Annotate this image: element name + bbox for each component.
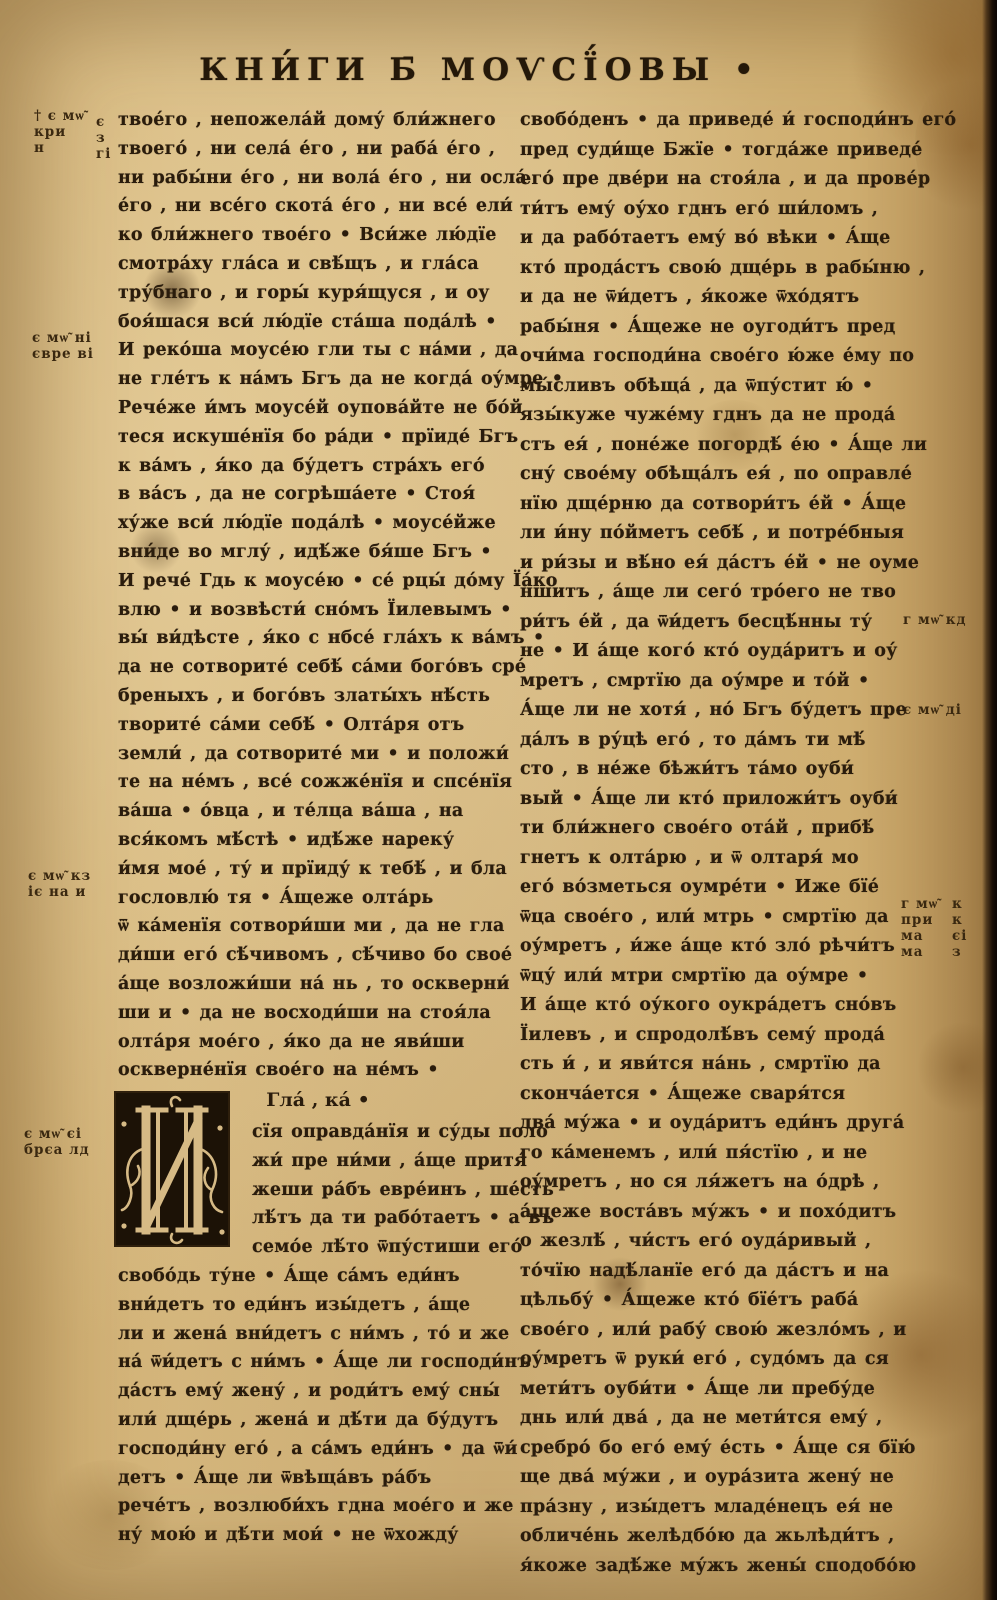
text-line: ѿ ка́менїя сотвори́ши ми , да не гла: [118, 912, 518, 941]
text-line: Рече́же и́мъ моусе́й оупова́йте не бо́й: [118, 394, 518, 423]
text-line: оу́мретъ , и́же а́ще кто́ зло́ рѣчи́тъ: [520, 932, 920, 962]
text-line: на́ ѿи́детъ с ни́мъ • А́ще ли господи́нъ: [118, 1348, 518, 1377]
text-line: к ва́мъ , я́ко да бу́детъ стра́хъ его́: [118, 452, 518, 481]
text-line: сть и́ , и яви́тся на́нь , смртїю да: [520, 1050, 920, 1080]
margin-note: є мѡ̃ єібрєа лд: [24, 1126, 90, 1158]
text-line: сто , в не́же бѣжи́тъ та́мо оуби́: [520, 755, 920, 785]
text-line: ще два́ му́жи , и оура́зита жену́ не: [520, 1463, 920, 1493]
text-line: вы́ ви́дѣсте , я́ко с нбсе́ гла́хъ к ва́…: [118, 624, 518, 653]
text-line: вся́комъ мѣ́стѣ • идѣ́же нареку́: [118, 826, 518, 855]
text-line: мы́сливъ обѣща́ , да ѿпу́стит ю́ •: [520, 372, 920, 402]
text-line: да́лъ в ру́цѣ его́ , то да́мъ ти мѣ́: [520, 726, 920, 756]
text-line: твоего́ , ни села́ е́го , ни раба́ е́го …: [118, 135, 518, 164]
text-line: И рече́ Гдь к моусе́ю • се́ рцы́ до́му Ї…: [118, 567, 518, 596]
text-line: мретъ , смртїю да оу́мре и то́й •: [520, 667, 920, 697]
text-line: го ка́менемъ , или́ пя́стїю , и не: [520, 1139, 920, 1169]
text-line: брєа лд: [24, 1142, 90, 1158]
text-line: его́ во́зметься оумре́ти • Иже бїе́: [520, 873, 920, 903]
left-column-chapter-start: сїя оправда́нїя и су́ды положи́ пре ни́м…: [118, 1118, 518, 1262]
text-line: а́щеже воста́въ му́жъ • и похо́дитъ: [520, 1198, 920, 1228]
page-title: КНИ́ГИ Б̄ МОѴСЇ́ОВЫ •: [0, 52, 960, 88]
text-line: да не сотворите́ себѣ́ са́ми бого́въ сре…: [118, 653, 518, 682]
text-line: ри́тъ е́й , да ѿи́детъ бесцѣ́нны ту́: [520, 608, 920, 638]
text-line: рабы́ня • А́щеже не оугоди́тъ пред: [520, 313, 920, 343]
text-line: ши и • да не восходи́ши на стоя́ла: [118, 999, 518, 1028]
text-line: днь или́ два́ , да не мети́тся ему́ ,: [520, 1404, 920, 1434]
left-text-column: твое́го , непожела́й дому́ бли́жнеготвое…: [118, 106, 518, 1085]
text-line: † є мѡ̃: [34, 108, 85, 124]
text-line: олта́ря мое́го , я́ко да не яви́ши: [118, 1028, 518, 1057]
text-line: мети́тъ оуби́ти • А́ще ли пребу́де: [520, 1375, 920, 1405]
text-line: ва́ша • о́вца , и те́лца ва́ша , на: [118, 797, 518, 826]
text-line: те на не́мъ , все́ сожже́нїя и спсе́нїя: [118, 768, 518, 797]
text-line: ти́тъ ему́ оу́хо гднъ его́ ши́ломъ ,: [520, 195, 920, 225]
text-line: земли́ , да сотворите́ ми • и положи́: [118, 740, 518, 769]
text-line: кто́ прода́стъ свою́ дще́рь в рабы́ню ,: [520, 254, 920, 284]
text-line: и́мя мое́ , ту́ и прїиду́ к тебѣ́ , и бл…: [118, 855, 518, 884]
text-line: сребро́ бо его́ ему́ е́сть • А́ще ся бїю…: [520, 1434, 920, 1464]
text-line: є мѡ̃ ні: [32, 330, 94, 346]
text-line: то́чїю надѣ́ланїе его́ да да́стъ и на: [520, 1257, 920, 1287]
text-line: в ва́съ , да не согрѣша́ете • Стоя́: [118, 480, 518, 509]
text-line: гнетъ к олта́рю , и ѿ олтаря́ мо: [520, 844, 920, 874]
text-line: язы́куже чуже́му гднъ да не прода́: [520, 401, 920, 431]
text-line: боя́шася вси́ лю́дїе ста́ша пода́лѣ •: [118, 308, 518, 337]
text-line: оу́мретъ ѿ руки́ его́ , судо́мъ да ся: [520, 1345, 920, 1375]
text-line: ну́ мою́ и дѣ́ти мои́ • не ѿхожду́: [118, 1521, 518, 1550]
text-line: и ри́зы и вѣ́но ея́ да́стъ е́й • не оуме: [520, 549, 920, 579]
text-line: стъ ея́ , поне́же погордѣ́ е́ю • А́ще ли: [520, 431, 920, 461]
text-line: єі: [952, 928, 967, 944]
text-line: твое́го , непожела́й дому́ бли́жнего: [118, 106, 518, 135]
text-line: з: [952, 944, 967, 960]
text-line: пра́зну , изы́детъ младе́нецъ ея́ не: [520, 1493, 920, 1523]
page-gutter-edge: [982, 0, 997, 1600]
text-line: А́ще ли не хотя́ , но́ Бгъ бу́детъ пре: [520, 696, 920, 726]
text-line: или́ дще́рь , жена́ и дѣ́ти да бу́дутъ: [118, 1406, 518, 1435]
text-line: кри: [34, 124, 85, 140]
margin-note: є мѡ̃ кзіє на и: [28, 868, 91, 900]
text-line: з: [96, 130, 111, 146]
text-line: два́ му́жа • и оуда́ритъ еди́нъ друга́: [520, 1109, 920, 1139]
text-line: ли и́ну по́йметъ себѣ́ , и потре́бныя: [520, 519, 920, 549]
text-line: да́стъ ему́ жену́ , и роди́тъ ему́ сны́: [118, 1377, 518, 1406]
margin-note: є мѡ̃ нієвре ві: [32, 330, 94, 362]
text-line: є мѡ̃ кз: [28, 868, 91, 884]
text-line: и да не ѿи́детъ , я́коже ѿхо́дятъ: [520, 283, 920, 313]
text-line: И а́ще кто́ оу́кого оукра́детъ сно́въ: [520, 991, 920, 1021]
text-line: влю • и возвѣсти́ сно́мъ Їилевымъ •: [118, 596, 518, 625]
text-line: И реко́ша моусе́ю гли ты с на́ми , да: [118, 336, 518, 365]
text-line: ншитъ , а́ще ли сего́ тро́его не тво: [520, 578, 920, 608]
text-line: смотра́ху гла́са и свѣ́щъ , и гла́са: [118, 250, 518, 279]
text-line: євре ві: [32, 346, 94, 362]
text-line: сїя оправда́нїя и су́ды поло: [118, 1118, 518, 1147]
text-line: пред суди́ще Бжїе • тогда́же приведе́: [520, 136, 920, 166]
text-line: є: [96, 114, 111, 130]
text-line: нїю дще́рню да сотвори́тъ е́й • А́ще: [520, 490, 920, 520]
text-line: свобо́дь ту́не • А́ще са́мъ еди́нъ: [118, 1262, 518, 1291]
text-line: ко бли́жнего твое́го • Вси́же лю́дїе: [118, 221, 518, 250]
text-line: вни́детъ то еди́нъ изы́детъ , а́ще: [118, 1291, 518, 1320]
text-line: ни рабы́ни е́го , ни вола́ е́го , ни осл…: [118, 164, 518, 193]
text-line: его́ пре две́ри на стоя́ла , и да прове́…: [520, 165, 920, 195]
text-line: я́коже задѣ́же му́жъ жены́ сподобо́ю: [520, 1552, 920, 1582]
text-line: свое́го , или́ рабу́ свою́ жезло́мъ , и: [520, 1316, 920, 1346]
text-line: творите́ са́ми себѣ́ • Олта́ря отъ: [118, 711, 518, 740]
text-line: тру́бнаго , и горы́ куря́щуся , и оу: [118, 279, 518, 308]
text-line: цѣльбу́ • А́щеже кто́ бїе́тъ раба́: [520, 1286, 920, 1316]
text-line: рече́тъ , возлюби́хъ гдна мое́го и же: [118, 1492, 518, 1521]
text-line: ѿца свое́го , или́ мтрь • смртїю да: [520, 903, 920, 933]
text-line: є мѡ̃ єі: [24, 1126, 90, 1142]
book-page: КНИ́ГИ Б̄ МОѴСЇ́ОВЫ • † є мѡ̃крин єзгі є…: [0, 0, 997, 1600]
left-text-column-lower: свобо́дь ту́не • А́ще са́мъ еди́нъвни́де…: [118, 1262, 518, 1550]
margin-note: єзгі: [96, 114, 111, 162]
text-line: вый • А́ще ли кто́ приложи́тъ оуби́: [520, 785, 920, 815]
text-line: семо́е лѣ́то ѿпу́стиши его́: [118, 1233, 518, 1262]
text-line: обличе́нь желѣдбо́ю да жьлѣди́тъ ,: [520, 1522, 920, 1552]
text-line: о жезлѣ́ , чи́стъ его́ оуда́ривый ,: [520, 1227, 920, 1257]
text-line: гі: [96, 146, 111, 162]
text-line: жеши ра́бъ евре́инъ , ше́сть: [118, 1176, 518, 1205]
text-line: бреныхъ , и бого́въ златы́хъ нѣ́сть: [118, 682, 518, 711]
text-line: оскверне́нїя свое́го на не́мъ •: [118, 1056, 518, 1085]
text-line: жи́ пре ни́ми , а́ще притя́: [118, 1147, 518, 1176]
text-line: лѣ́тъ да ти рабо́таетъ • а въ: [118, 1204, 518, 1233]
text-line: к: [952, 896, 967, 912]
text-line: и да рабо́таетъ ему́ во́ вѣки • А́ще: [520, 224, 920, 254]
text-line: іє на и: [28, 884, 91, 900]
text-line: н: [34, 140, 85, 156]
text-line: е́го , ни все́го скота́ е́го , ни все́ е…: [118, 192, 518, 221]
text-line: ти бли́жнего свое́го ота́й , прибѣ́: [520, 814, 920, 844]
text-line: ху́же вси́ лю́дїе пода́лѣ • моусе́йже: [118, 509, 518, 538]
text-line: гословлю́ тя • А́щеже олта́рь: [118, 884, 518, 913]
margin-note: † є мѡ̃крин: [34, 108, 85, 156]
text-line: не • И а́ще кого́ кто́ оуда́ритъ и оу́: [520, 637, 920, 667]
text-line: детъ • А́ще ли ѿвѣща́въ ра́бъ: [118, 1464, 518, 1493]
text-line: сну́ свое́му обѣща́лъ ея́ , по оправле́: [520, 460, 920, 490]
text-line: сконча́ется • А́щеже сваря́тся: [520, 1080, 920, 1110]
text-line: ли и жена́ вни́детъ с ни́мъ , то́ и же: [118, 1320, 518, 1349]
right-text-column: свобо́денъ • да приведе́ и́ господи́нъ е…: [520, 106, 920, 1581]
text-line: Їилевъ , и спродолѣ́въ сему́ прода́: [520, 1021, 920, 1051]
text-line: а́ще возложи́ши на́ нь , то оскверни́: [118, 970, 518, 999]
text-line: не гле́тъ к на́мъ Бгъ да не когда́ оу́мр…: [118, 365, 518, 394]
text-line: господи́ну его́ , а са́мъ еди́нъ • да ѿи…: [118, 1435, 518, 1464]
text-line: оу́мретъ , но ся ля́жетъ на о́дрѣ ,: [520, 1168, 920, 1198]
text-line: ѿцу́ или́ мтри смртїю да оу́мре •: [520, 962, 920, 992]
text-line: очи́ма господи́на свое́го ю́же е́му по: [520, 342, 920, 372]
margin-note: ккєіз: [952, 896, 967, 960]
text-line: свобо́денъ • да приведе́ и́ господи́нъ е…: [520, 106, 920, 136]
text-line: к: [952, 912, 967, 928]
text-line: вни́де во мглу́ , идѣ́же бя́ше Бгъ •: [118, 538, 518, 567]
text-line: теся искуше́нїя бо ра́ди • прїиде́ Бгъ: [118, 423, 518, 452]
text-line: ди́ши его́ сѣ́чивомъ , сѣ́чиво бо свое́: [118, 941, 518, 970]
